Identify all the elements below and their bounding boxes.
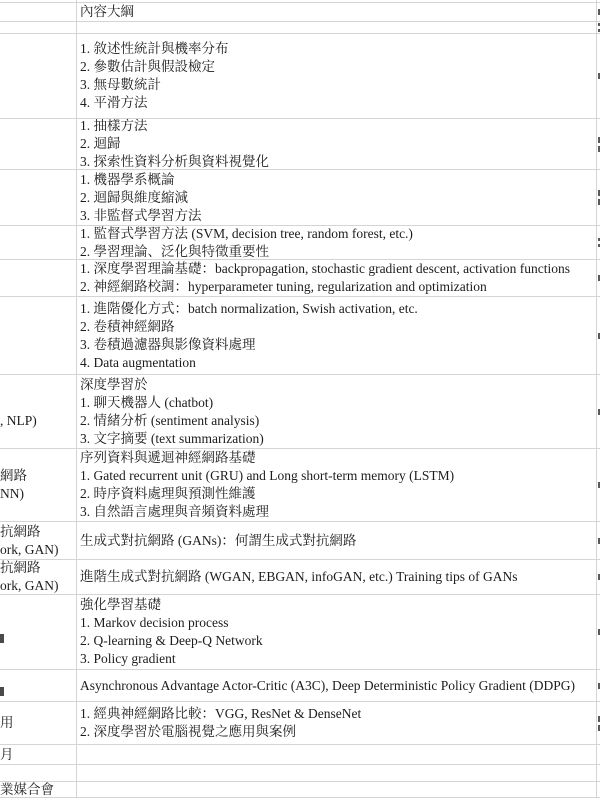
cell-line: 2. 深度學習於電腦視覺之應用與案例 (80, 723, 596, 741)
week-cell[interactable]: 抗網路 ork, GAN) (0, 522, 77, 559)
clipped-week-label: 網路 (0, 467, 76, 485)
clipped-week-label (0, 394, 76, 412)
column-header-label: 內容大綱 (80, 3, 596, 21)
week-cell[interactable]: 月 (0, 745, 77, 764)
clipped-week-label: ork, GAN) (0, 541, 76, 559)
cell-line: 1. 機器學系概論 (80, 171, 596, 189)
table-row (0, 22, 600, 34)
cell-line: 3. 卷積過濾器與影像資料處理 (80, 336, 596, 354)
table-row: 用 1. 經典神經網路比較：VGG, ResNet & DenseNet 2. … (0, 702, 600, 745)
cell-line: 1. 監督式學習方法 (SVM, decision tree, random f… (80, 226, 596, 243)
cell-line: 3. Policy gradient (80, 650, 596, 668)
clipped-week-label: ork, GAN) (0, 577, 76, 594)
week-cell[interactable] (0, 595, 77, 669)
table-row: 抗網路 ork, GAN) 生成式對抗網路 (GANs)：何謂生成式對抗網路 (0, 522, 600, 560)
cell-line: 2. 參數估計與假設檢定 (80, 58, 596, 76)
table-row: 抗網路 ork, GAN) 進階生成式對抗網路 (WGAN, EBGAN, in… (0, 560, 600, 595)
cell-line: 4. Data augmentation (80, 354, 596, 372)
cell-line: 1. Gated recurrent unit (GRU) and Long s… (80, 467, 596, 485)
cell-line: 1. 深度學習理論基礎：backpropagation, stochastic … (80, 260, 596, 278)
cell-line: 1. Markov decision process (80, 614, 596, 632)
cell-line: 1. 敘述性統計與機率分布 (80, 40, 596, 58)
content-cell[interactable]: 強化學習基礎 1. Markov decision process 2. Q-l… (77, 595, 597, 669)
content-cell[interactable] (77, 745, 597, 764)
content-cell[interactable] (77, 782, 597, 797)
clipped-week-label: 用 (0, 714, 76, 732)
cell-line: 1. 經典神經網路比較：VGG, ResNet & DenseNet (80, 705, 596, 723)
content-cell[interactable]: 進階生成式對抗網路 (WGAN, EBGAN, infoGAN, etc.) T… (77, 560, 597, 594)
cell-line: 2. 學習理論、泛化與特徵重要性 (80, 243, 596, 260)
week-cell[interactable]: 網路 NN) (0, 449, 77, 521)
cell-line: 生成式對抗網路 (GANs)：何謂生成式對抗網路 (80, 532, 596, 550)
table-row: 1. 敘述性統計與機率分布 2. 參數估計與假設檢定 3. 無母數統計 4. 平… (0, 34, 600, 119)
clipped-week-label: , NLP) (0, 412, 76, 430)
clipped-text-fragment (0, 687, 4, 696)
cell-line: 3. 探索性資料分析與資料視覺化 (80, 153, 596, 169)
content-cell[interactable]: Asynchronous Advantage Actor-Critic (A3C… (77, 670, 597, 701)
cell-line: 4. 平滑方法 (80, 94, 596, 112)
table-row: Asynchronous Advantage Actor-Critic (A3C… (0, 670, 600, 702)
cell-line: 2. 神經網路校調：hyperparameter tuning, regular… (80, 278, 596, 296)
week-cell[interactable] (0, 22, 77, 33)
table-row (0, 765, 600, 782)
content-cell[interactable]: 1. 敘述性統計與機率分布 2. 參數估計與假設檢定 3. 無母數統計 4. 平… (77, 34, 597, 118)
table-row: 強化學習基礎 1. Markov decision process 2. Q-l… (0, 595, 600, 670)
clipped-text-fragment (0, 634, 4, 643)
cell-line: 1. 聊天機器人 (chatbot) (80, 394, 596, 412)
content-cell[interactable]: 1. 經典神經網路比較：VGG, ResNet & DenseNet 2. 深度… (77, 702, 597, 744)
week-cell[interactable]: , NLP) (0, 375, 77, 448)
week-cell[interactable] (0, 34, 77, 118)
table-row: , NLP) 深度學習於 1. 聊天機器人 (chatbot) 2. 情緒分析 … (0, 375, 600, 449)
content-cell[interactable] (77, 765, 597, 781)
content-cell[interactable]: 深度學習於 1. 聊天機器人 (chatbot) 2. 情緒分析 (sentim… (77, 375, 597, 448)
table-row: 網路 NN) 序列資料與遞迴神經網路基礎 1. Gated recurrent … (0, 449, 600, 522)
week-cell[interactable] (0, 170, 77, 225)
cell-line: 深度學習於 (80, 376, 596, 394)
week-cell[interactable] (0, 0, 77, 2)
cell-line: 3. 文字摘要 (text summarization) (80, 430, 596, 448)
cell-line: 2. 時序資料處理與預測性維護 (80, 485, 596, 503)
content-cell[interactable] (77, 0, 597, 2)
table-row: 業媒合會 (0, 782, 600, 798)
content-cell[interactable]: 生成式對抗網路 (GANs)：何謂生成式對抗網路 (77, 522, 597, 559)
clipped-week-label: 業媒合會 (0, 782, 76, 797)
cell-line: 3. 無母數統計 (80, 76, 596, 94)
table-row: 1. 機器學系概論 2. 迴歸與維度縮減 3. 非監督式學習方法 (0, 170, 600, 226)
cell-line: 3. 自然語言處理與音頻資料處理 (80, 503, 596, 521)
week-cell[interactable] (0, 670, 77, 701)
week-header-cell[interactable] (0, 3, 77, 21)
content-cell[interactable]: 1. 監督式學習方法 (SVM, decision tree, random f… (77, 226, 597, 259)
week-cell[interactable] (0, 260, 77, 296)
week-cell[interactable] (0, 119, 77, 169)
content-cell[interactable]: 1. 抽樣方法 2. 迴歸 3. 探索性資料分析與資料視覺化 (77, 119, 597, 169)
clipped-week-label: 抗網路 (0, 523, 76, 541)
cell-line: 進階生成式對抗網路 (WGAN, EBGAN, infoGAN, etc.) T… (80, 568, 596, 586)
content-cell[interactable]: 1. 深度學習理論基礎：backpropagation, stochastic … (77, 260, 597, 296)
week-cell[interactable] (0, 297, 77, 374)
table-row: 1. 進階優化方式：batch normalization, Swish act… (0, 297, 600, 375)
week-cell[interactable] (0, 765, 77, 781)
clipped-week-label: 月 (0, 746, 76, 764)
cell-line: 序列資料與遞迴神經網路基礎 (80, 449, 596, 467)
cell-line: 2. Q-learning & Deep-Q Network (80, 632, 596, 650)
table-row: 月 (0, 745, 600, 765)
table-row: 1. 抽樣方法 2. 迴歸 3. 探索性資料分析與資料視覺化 (0, 119, 600, 170)
week-cell[interactable]: 抗網路 ork, GAN) (0, 560, 77, 594)
week-cell[interactable]: 業媒合會 (0, 782, 77, 797)
cell-line: 2. 迴歸 (80, 135, 596, 153)
cell-line: 1. 抽樣方法 (80, 119, 596, 135)
clipped-week-label: NN) (0, 485, 76, 503)
table-header-row: 內容大綱 (0, 3, 600, 22)
content-header-cell[interactable]: 內容大綱 (77, 3, 597, 21)
cell-line: 2. 迴歸與維度縮減 (80, 189, 596, 207)
table-row: 1. 監督式學習方法 (SVM, decision tree, random f… (0, 226, 600, 260)
clipped-week-label: 抗網路 (0, 560, 76, 577)
content-cell[interactable] (77, 22, 597, 33)
cell-line: Asynchronous Advantage Actor-Critic (A3C… (80, 677, 596, 695)
content-cell[interactable]: 1. 進階優化方式：batch normalization, Swish act… (77, 297, 597, 374)
cell-line: 1. 進階優化方式：batch normalization, Swish act… (80, 300, 596, 318)
cell-line: 2. 情緒分析 (sentiment analysis) (80, 412, 596, 430)
cell-line: 強化學習基礎 (80, 596, 596, 614)
table-row: 1. 深度學習理論基礎：backpropagation, stochastic … (0, 260, 600, 297)
cell-line: 2. 卷積神經網路 (80, 318, 596, 336)
content-cell[interactable]: 1. 機器學系概論 2. 迴歸與維度縮減 3. 非監督式學習方法 (77, 170, 597, 225)
week-cell[interactable]: 用 (0, 702, 77, 744)
week-cell[interactable] (0, 226, 77, 259)
spreadsheet: 內容大綱 1. 敘述性統計與機率分布 2. 參數估計與假設檢定 3. 無母數統計… (0, 0, 600, 800)
content-cell[interactable]: 序列資料與遞迴神經網路基礎 1. Gated recurrent unit (G… (77, 449, 597, 521)
cell-line: 3. 非監督式學習方法 (80, 207, 596, 225)
